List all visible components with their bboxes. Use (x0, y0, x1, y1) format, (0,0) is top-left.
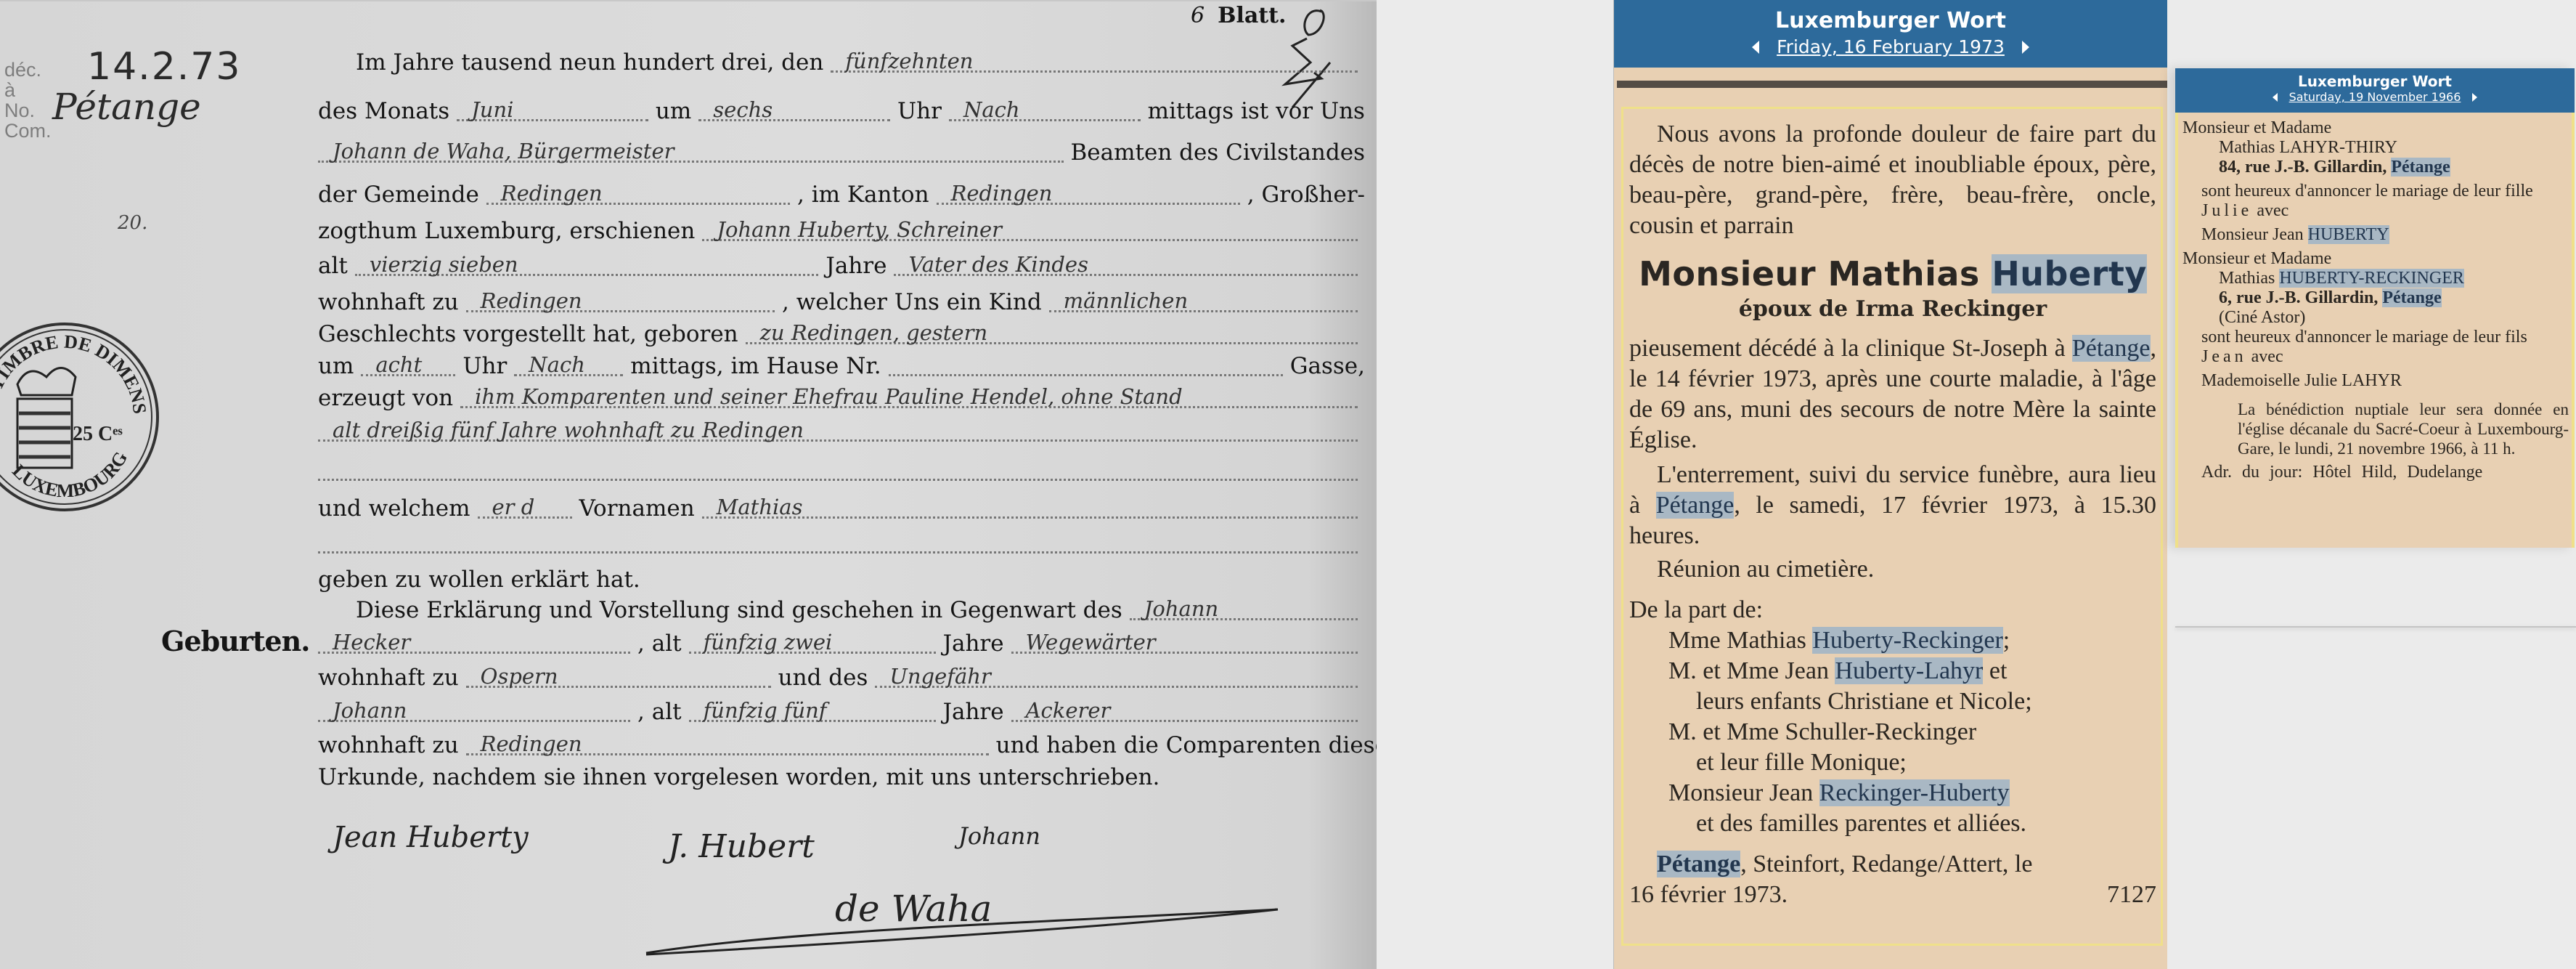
handwritten-witness-1-age: fünfzig zwei (704, 630, 833, 654)
bride: Mademoiselle Julie LAHYR (2182, 371, 2569, 391)
handwritten-field: ihm Komparenten und seiner Ehefrau Pauli… (460, 406, 1358, 408)
obituary-clipping: Nous avons la profonde douleur de faire … (1614, 68, 2167, 969)
handwritten-field: Nach (514, 374, 623, 376)
announcement: sont heureux d'annoncer le mariage de le… (2182, 328, 2569, 367)
printed-text: und des (778, 665, 868, 695)
text: Monsieur et Madame (2182, 118, 2569, 138)
column-rule (1617, 81, 2167, 88)
clipping-header: Luxemburger Wort Saturday, 19 November 1… (2175, 68, 2575, 113)
handwritten-period: Nach (963, 97, 1020, 122)
family-entry: leurs enfants Christiane et Nicole; (1629, 686, 2156, 717)
family-list: Mme Mathias Huberty-Reckinger; M. et Mme… (1629, 625, 2156, 839)
handwritten-field: Nach (949, 119, 1141, 121)
margin-death-date: 14.2.73 (87, 45, 241, 89)
handwritten-witness-1-residence: Ospern (481, 664, 558, 689)
obituary-clipping-panel: Luxemburger Wort Friday, 16 February 197… (1613, 0, 2167, 969)
text: 84, rue J.-B. Gillardin, (2219, 158, 2391, 177)
handwritten-first-name: Mathias (717, 495, 803, 519)
printed-text: Jahre (943, 631, 1004, 661)
bride-parents: Mathias LAHYR-THIRY (2182, 138, 2569, 158)
bride-address: 84, rue J.-B. Gillardin, Pétange (2182, 158, 2569, 177)
section-label-births: Geburten. (161, 625, 309, 657)
handwritten-field: Ospern (466, 686, 771, 688)
search-hit-highlight: Pétange (2391, 158, 2450, 177)
record-line-14 (318, 524, 1365, 561)
record-line-18: wohnhaft zu Ospern und des Ungefähr (318, 659, 1365, 695)
deceased-spouse: époux de Irma Reckinger (1629, 296, 2156, 322)
printed-text: Uhr (897, 98, 942, 129)
handwritten-field (889, 374, 1283, 376)
margin-label-a: à (4, 80, 52, 100)
record-line-6: alt vierzig sieben Jahre Vater des Kinde… (318, 247, 1365, 283)
issue-navigation: Saturday, 19 November 1966 (2175, 90, 2575, 104)
announcement: sont heureux d'annoncer le mariage de le… (2182, 182, 2569, 221)
text: pieusement décédé à la clinique St-Josep… (1629, 335, 2072, 362)
handwritten-field: Ackerer (1011, 720, 1358, 722)
handwritten-month: Juni (471, 97, 513, 122)
wedding-clipping-panel: Luxemburger Wort Saturday, 19 November 1… (2175, 68, 2575, 548)
text: Mathias (2219, 269, 2279, 288)
text: Monsieur et Madame (2182, 249, 2569, 269)
handwritten-birth-hour: acht (375, 352, 422, 377)
text: Mme Mathias (1668, 627, 1812, 654)
next-issue-arrow-icon[interactable] (2022, 41, 2029, 54)
record-line-1: Im Jahre tausend neun hundert drei, den … (356, 44, 1365, 80)
handwritten-field: zu Redingen, gestern (746, 342, 1358, 344)
printed-text: Im Jahre tausend neun hundert drei, den (356, 49, 823, 80)
margin-label-deces: déc. (4, 60, 52, 80)
search-hit-highlight: Huberty-Lahyr (1835, 657, 1983, 684)
search-hit-highlight: Pétange (1657, 851, 1740, 877)
text: Monsieur Jean (1668, 779, 1819, 806)
printed-text: Vornamen (579, 495, 695, 526)
record-line-16: Diese Erklärung und Vorstellung sind ges… (356, 591, 1365, 628)
printed-text: Urkunde, nachdem sie ihnen vorgelesen wo… (318, 764, 1159, 795)
newspaper-title: Luxemburger Wort (1614, 7, 2167, 35)
printed-text: Jahre (826, 253, 886, 283)
search-hit-highlight: HUBERTY (2308, 225, 2389, 244)
revenue-stamp-icon: TIMBRE DE DIMENSION LUXEMBOURG (0, 319, 163, 515)
meeting-note: Réunion au cimetière. (1629, 554, 2156, 585)
handwritten-field: männlichen (1049, 310, 1358, 312)
record-line-21: Urkunde, nachdem sie ihnen vorgelesen wo… (318, 758, 1365, 795)
margin-label-com: Com. (4, 121, 52, 141)
signature-flourish-icon (639, 895, 1307, 960)
handwritten-birthplace: zu Redingen, gestern (760, 320, 988, 345)
printed-text: , im Kanton (797, 182, 929, 212)
handwritten-witness-2-occupation: Ackerer (1026, 698, 1111, 723)
sheet-number-value: 6 (1191, 3, 1205, 28)
printed-text: und welchem (318, 495, 470, 526)
family-entry: Mme Mathias Huberty-Reckinger; (1629, 625, 2156, 656)
printed-text: , alt (637, 631, 682, 661)
text: sont heureux d'annoncer le mariage de le… (2201, 182, 2533, 200)
family-entry: et des familles parentes et alliées. (1629, 808, 2156, 839)
text: , Steinfort, Redange/Attert, le (1740, 851, 2032, 877)
handwritten-witness-2-residence: Redingen (481, 731, 582, 756)
search-hit-highlight: Pétange (1656, 492, 1735, 519)
printed-text: Jahre (943, 699, 1004, 729)
text: et (1983, 657, 2007, 684)
deceased-name: Monsieur Mathias Huberty (1629, 254, 2156, 293)
family-entry: Monsieur Jean Reckinger-Huberty (1629, 778, 2156, 808)
handwritten-field: Juni (457, 119, 648, 121)
handwritten-age: vierzig sieben (370, 252, 518, 277)
printed-text: Diese Erklärung und Vorstellung sind ges… (356, 597, 1122, 628)
record-line-8: Geschlechts vorgestellt hat, geboren zu … (318, 315, 1365, 352)
family-entry: M. et Mme Jean Huberty-Lahyr et (1629, 656, 2156, 686)
obituary-intro: Nous avons la profonde douleur de faire … (1629, 119, 2156, 241)
printed-text: erzeugt von (318, 385, 453, 415)
handwritten-parents: ihm Komparenten und seiner Ehefrau Pauli… (475, 384, 1183, 409)
text: avec (2252, 201, 2288, 220)
margin-labels: déc. à No. Com. (4, 60, 52, 141)
printed-text: zogthum Luxemburg, erschienen (318, 218, 695, 248)
search-hit-highlight: Pétange (2382, 288, 2441, 307)
text: Monsieur Jean (2201, 225, 2308, 244)
bride-first-name: Julie (2201, 201, 2252, 220)
handwritten-field: Ungefähr (875, 686, 1358, 688)
handwritten-field: sechs (698, 119, 890, 121)
panel-divider (2175, 626, 2576, 628)
handwritten-field: Redingen (466, 310, 775, 312)
handwritten-field: er d (478, 516, 572, 519)
handwritten-field: Vater des Kindes (894, 274, 1358, 276)
search-hit-highlight: Pétange (2072, 335, 2151, 362)
handwritten-witness-2-age: fünfzig fünf (704, 698, 827, 723)
date-line: 16 février 1973.7127 (1629, 880, 2156, 910)
ad-number: 7127 (2107, 880, 2156, 910)
handwritten-field: Johann Huberty, Schreiner (702, 239, 1358, 241)
handwritten-field: vierzig sieben (355, 274, 819, 276)
search-hit-highlight: Reckinger-Huberty (1819, 779, 2010, 806)
text: avec (2247, 347, 2283, 366)
issue-date-link[interactable]: Saturday, 19 November 1966 (2289, 90, 2461, 104)
groom-address-note: (Ciné Astor) (2182, 308, 2569, 328)
handwritten-field: fünfzig zwei (689, 652, 936, 654)
printed-text: wohnhaft zu (318, 665, 459, 695)
record-line-3: Johann de Waha, Bürgermeister Beamten de… (318, 134, 1365, 170)
signature-witness-2: Johann (958, 822, 1040, 850)
printed-text: , Großher- (1247, 182, 1365, 212)
ceremony-details: La bénédiction nuptiale leur sera donnée… (2182, 400, 2569, 458)
handwritten-witness-1-surname: Hecker (333, 630, 410, 654)
printed-text: um (656, 98, 691, 129)
search-hit-highlight: Huberty (1992, 254, 2147, 293)
handwritten-field: Redingen (486, 203, 790, 205)
deceased-name-prefix: Monsieur Mathias (1639, 254, 1992, 293)
search-hit-highlight: HUBERTY-RECKINGER (2279, 269, 2464, 288)
handwritten-hour: sechs (713, 97, 773, 122)
handwritten-canton: Redingen (951, 181, 1053, 206)
handwritten-officer: Johann de Waha, Bürgermeister (333, 139, 674, 163)
record-line-7: wohnhaft zu Redingen , welcher Uns ein K… (318, 283, 1365, 320)
birth-record-scan: déc. à No. Com. 14.2.73 Pétange 20. 6Bla… (0, 0, 1377, 969)
handwritten-field: Redingen (466, 753, 989, 755)
printed-text: alt (318, 253, 348, 283)
record-line-10: erzeugt von ihm Komparenten und seiner E… (318, 379, 1365, 415)
handwritten-field: Hecker (318, 652, 630, 654)
record-number: 20. (118, 212, 147, 234)
burial-details: L'enterrement, suivi du service funèbre,… (1629, 460, 2156, 551)
margin-death-place: Pétange (52, 86, 201, 128)
record-line-20: wohnhaft zu Redingen und haben die Compa… (318, 726, 1365, 763)
text: ; (2003, 627, 2010, 654)
handwritten-witness-1-occupation: Wegewärter (1026, 630, 1156, 654)
record-line-19: Johann , alt fünfzig fünf Jahre Ackerer (318, 693, 1365, 729)
previous-issue-arrow-icon[interactable] (2273, 93, 2278, 102)
handwritten-field: Johann (1130, 618, 1358, 620)
margin-label-no: No. (4, 100, 52, 121)
reception-address: Adr. du jour: Hôtel Hild, Dudelange (2182, 463, 2569, 482)
handwritten-commune: Redingen (501, 181, 603, 206)
handwritten-article: er d (492, 495, 535, 519)
record-line-17: Hecker , alt fünfzig zwei Jahre Wegewärt… (318, 625, 1365, 661)
text: 6, rue J.-B. Gillardin, (2219, 288, 2382, 307)
handwritten-field: Redingen (937, 203, 1240, 205)
handwritten-witness-1: Johann (1144, 596, 1218, 621)
record-line-9: um acht Uhr Nach mittags, im Hause Nr. G… (318, 347, 1365, 384)
handwritten-field (318, 551, 1358, 554)
handwritten-field: Johann (318, 720, 630, 722)
obituary-text-box: Nous avons la profonde douleur de faire … (1621, 107, 2163, 946)
record-line-11: alt dreißig fünf Jahre wohnhaft zu Redin… (318, 413, 1365, 449)
handwritten-declarant: Johann Huberty, Schreiner (717, 217, 1002, 242)
handwritten-field: Wegewärter (1011, 652, 1358, 654)
handwritten-field: acht (361, 374, 455, 376)
place-line: Pétange, Steinfort, Redange/Attert, le (1629, 849, 2156, 880)
printed-text: , alt (637, 699, 682, 729)
handwritten-day: fünfzehnten (845, 49, 973, 73)
text: M. et Mme Jean (1668, 657, 1835, 684)
newspaper-title: Luxemburger Wort (2175, 73, 2575, 90)
stamp-value: 25 Cᵉˢ (73, 423, 123, 446)
printed-text: Beamten des Civilstandes (1071, 139, 1365, 170)
clipping-header: Luxemburger Wort Friday, 16 February 197… (1614, 0, 2167, 68)
handwritten-field: Johann de Waha, Bürgermeister (318, 161, 1064, 163)
handwritten-residence: Redingen (481, 288, 582, 313)
groom-parents: Mathias HUBERTY-RECKINGER (2182, 269, 2569, 288)
handwritten-mother-details: alt dreißig fünf Jahre wohnhaft zu Redin… (333, 418, 804, 442)
groom-address: 6, rue J.-B. Gillardin, Pétange (2182, 288, 2569, 308)
printed-text: der Gemeinde (318, 182, 479, 212)
groom-first-name: Jean (2201, 347, 2247, 366)
next-issue-arrow-icon[interactable] (2472, 93, 2477, 102)
handwritten-relation: Vater des Kindes (908, 252, 1088, 277)
record-line-12 (318, 452, 1365, 488)
record-line-5: zogthum Luxemburg, erschienen Johann Hub… (318, 212, 1365, 248)
handwritten-field (318, 479, 1358, 481)
previous-issue-arrow-icon[interactable] (1752, 41, 1759, 54)
signature-father: Jean Huberty (333, 821, 529, 854)
signature-witness-1: J. Hubert (668, 828, 815, 865)
printed-text: mittags ist vor Uns (1148, 98, 1365, 129)
handwritten-sex: männlichen (1064, 288, 1188, 313)
publication-date: 16 février 1973. (1629, 880, 1788, 910)
record-line-2: des Monats Juni um sechs Uhr Nach mittag… (318, 92, 1365, 129)
family-entry: et leur fille Monique; (1629, 747, 2156, 778)
handwritten-field: alt dreißig fünf Jahre wohnhaft zu Redin… (318, 439, 1358, 442)
groom: Monsieur Jean HUBERTY (2182, 225, 2569, 245)
handwritten-witness-2-surname: Johann (333, 698, 407, 723)
text: sont heureux d'annoncer le mariage de le… (2201, 328, 2527, 346)
issue-date-link[interactable]: Friday, 16 February 1973 (1777, 36, 2005, 57)
death-details: pieusement décédé à la clinique St-Josep… (1629, 333, 2156, 455)
printed-text: des Monats (318, 98, 449, 129)
record-line-13: und welchem er d Vornamen Mathias (318, 490, 1365, 526)
handwritten-field: Mathias (702, 516, 1358, 519)
family-entry: M. et Mme Schuller-Reckinger (1629, 717, 2156, 747)
from-label: De la part de: (1629, 595, 2156, 625)
record-line-4: der Gemeinde Redingen , im Kanton Reding… (318, 176, 1365, 212)
issue-navigation: Friday, 16 February 1973 (1614, 36, 2167, 57)
handwritten-birth-period: Nach (529, 352, 585, 377)
handwritten-field: fünfzehnten (831, 70, 1358, 73)
wedding-announcement: Monsieur et Madame Mathias LAHYR-THIRY 8… (2175, 113, 2575, 548)
handwritten-witness-2: Ungefähr (889, 664, 990, 689)
handwritten-field: fünfzig fünf (689, 720, 936, 722)
search-hit-highlight: Huberty-Reckinger (1812, 627, 2002, 654)
